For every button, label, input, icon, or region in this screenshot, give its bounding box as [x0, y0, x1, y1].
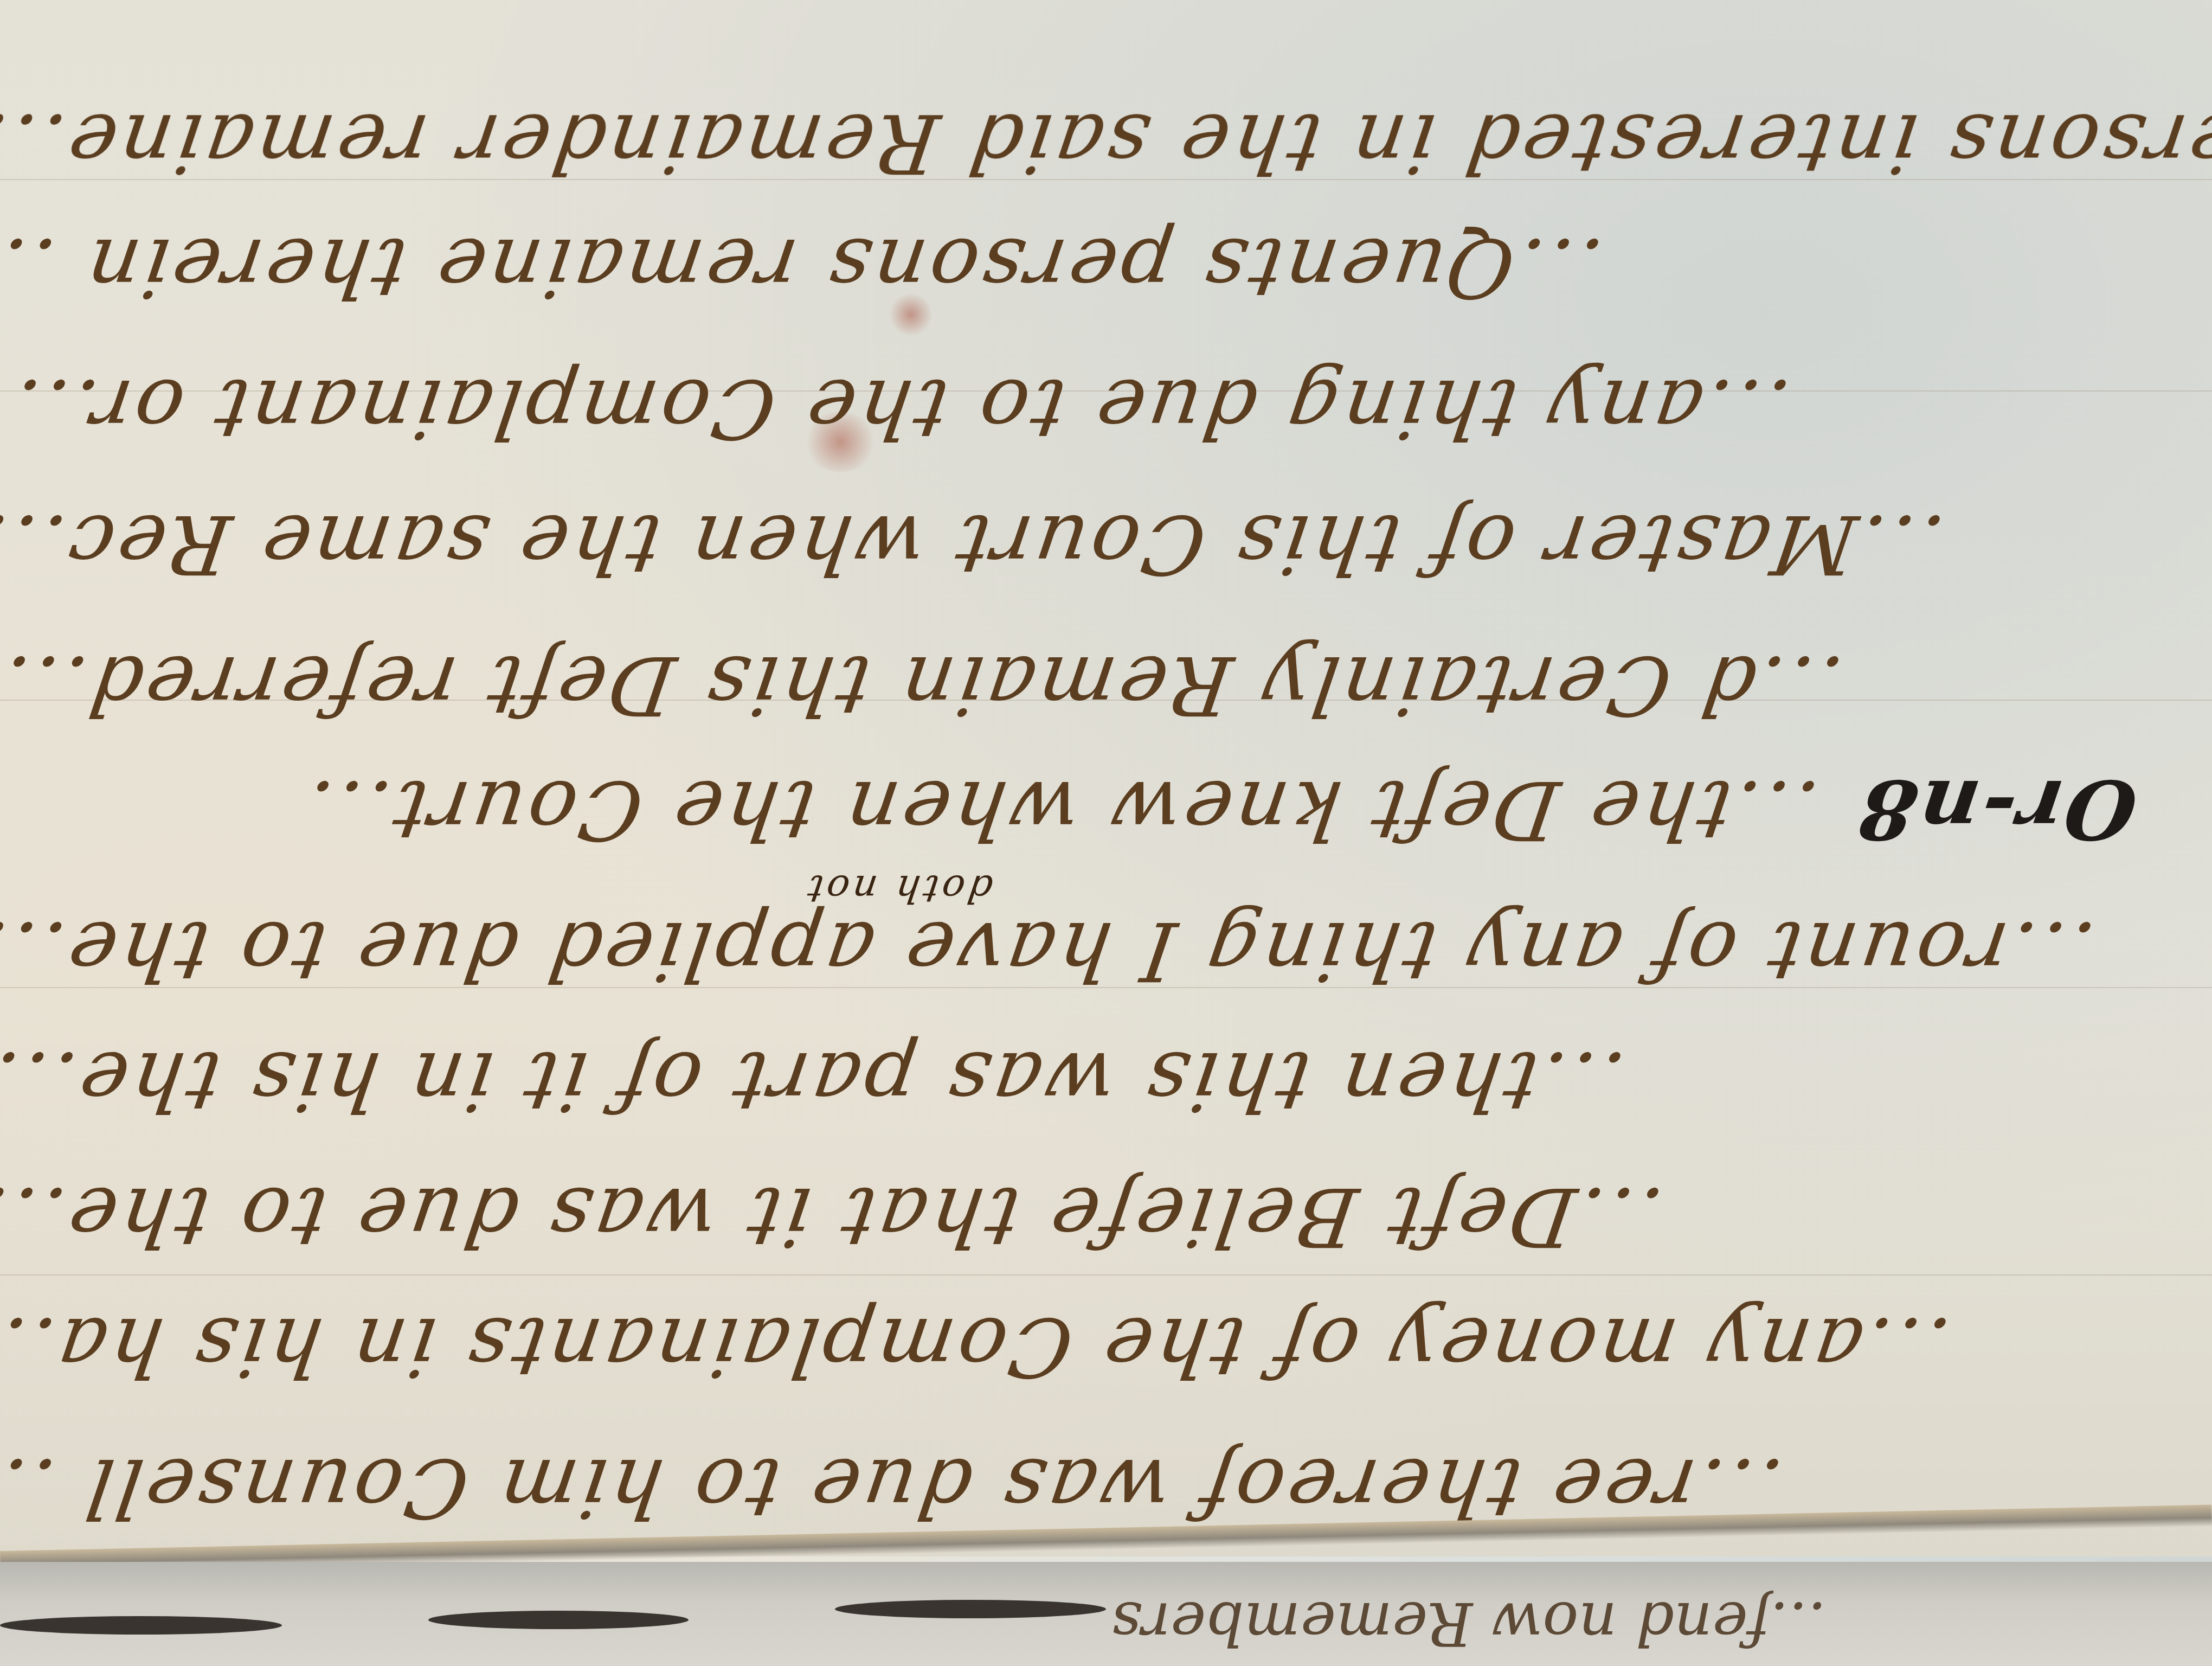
manuscript-lower-sheet — [0, 1562, 2212, 1666]
manuscript-line: ...d Certainly Remain this Deft referred… — [0, 638, 1849, 732]
ink-dash — [0, 1616, 282, 1635]
ink-dash — [835, 1600, 1106, 1618]
manuscript-line: ...Master of this Court when the same Re… — [0, 497, 1950, 591]
ink-dash — [428, 1611, 689, 1629]
lower-sheet-text: ...fend now Remembers — [1111, 1589, 1827, 1658]
manuscript-line: ...persons interested in the said Remain… — [0, 95, 2212, 190]
upside-down-text-block: ...persons interested in the said Remain… — [0, 0, 2212, 1556]
manuscript-line: ...then this was part of it in his the..… — [0, 1034, 1631, 1128]
manuscript-line: ...Deft Beliefe that it was due to the..… — [0, 1169, 1669, 1264]
manuscript-line: ...rount of any thing I have applied due… — [0, 904, 2101, 998]
manuscript-line: ...the Deft knew when the Court... — [297, 762, 1825, 857]
manuscript-line: ...any thing due to the Complainant or..… — [4, 361, 1797, 456]
manuscript-line: ...Quents persons remaine therein ... — [0, 220, 1609, 315]
marginal-annotation: Or-n8 — [1850, 761, 2143, 857]
manuscript-line: ...any money of the Complainants in his … — [0, 1299, 1956, 1394]
